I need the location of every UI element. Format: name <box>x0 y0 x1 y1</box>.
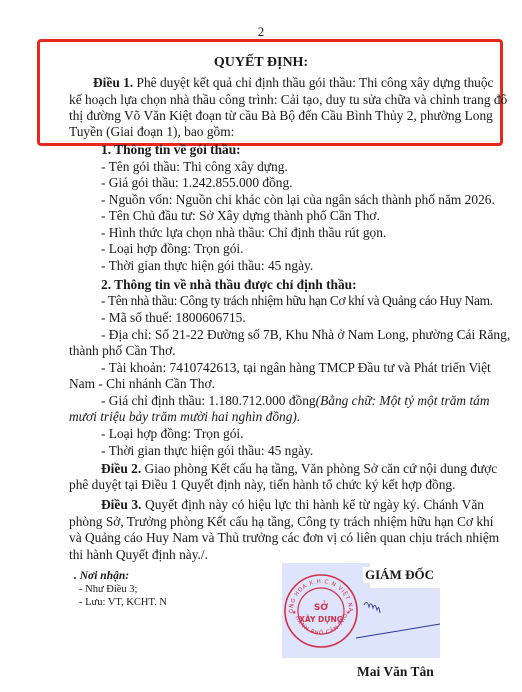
recipients-heading: . Nơi nhận: <box>74 570 167 583</box>
duration: - Thời gian thực hiện gói thầu: 45 ngày. <box>101 443 313 459</box>
address-line: - Địa chỉ: Số 21-22 Đường số 7B, Khu Nhà… <box>101 327 484 343</box>
section-1-item: - Loại hợp đồng: Trọn gói. <box>101 241 243 257</box>
section-1-item: - Tên gói thầu: Thi công xây dựng. <box>101 159 288 175</box>
article-3-line: Quyết định này có hiệu lực thi hành kể t… <box>141 497 484 512</box>
svg-text:XÂY DỰNG: XÂY DỰNG <box>299 615 343 624</box>
address-line: thành phố Cần Thơ. <box>69 343 176 359</box>
bank-account-line: Nam - Chi nhánh Cần Thơ. <box>69 376 215 392</box>
article-2-line: Giao phòng Kết cấu hạ tầng, Văn phòng Sở… <box>141 461 497 476</box>
tax-code: - Mã số thuế: 1800606715. <box>101 310 246 326</box>
article-3-line: thi hành Quyết định này./. <box>69 547 208 563</box>
section-1-item: - Nguồn vốn: Nguồn chi khác còn lại của … <box>101 192 495 208</box>
signer-position: GIÁM ĐỐC <box>363 567 436 583</box>
decision-title: QUYẾT ĐỊNH: <box>0 55 522 71</box>
article-1-line: Tuyền (Giai đoạn 1), bao gồm: <box>69 124 234 140</box>
contract-price: - Giá chỉ định thầu: 1.180.712.000 đồng <box>101 393 316 409</box>
article-2-line: phê duyệt tại Điều 1 Quyết định này, tiế… <box>69 477 455 493</box>
signer-name: Mai Văn Tân <box>357 664 434 680</box>
recipient-item: - Lưu: VT, KCHT. N <box>74 596 167 609</box>
contractor-name: - Tên nhà thầu: Công ty trách nhiệm hữu … <box>101 293 493 309</box>
price-words-continued: mươi triệu bảy trăm mười hai nghìn đồng)… <box>69 409 300 424</box>
section-1-item: - Tên Chủ đầu tư: Sở Xây dựng thành phố … <box>101 208 380 224</box>
recipient-item: - Như Điều 3; <box>74 583 167 596</box>
section-1-heading: 1. Thông tin về gói thầu: <box>101 142 241 158</box>
article-3-line: phòng Sở, Trưởng phòng Kết cấu hạ tầng, … <box>69 514 484 530</box>
contract-price-in-words: (Bằng chữ: Một tỷ một trăm tám <box>316 393 490 409</box>
contract-type: - Loại hợp đồng: Trọn gói. <box>101 426 243 442</box>
section-1-item: - Giá gói thầu: 1.242.855.000 đồng. <box>101 175 293 191</box>
contract-price-in-words: mươi triệu bảy trăm mười hai nghìn đồng)… <box>69 409 300 425</box>
section-1-item: - Hình thức lựa chọn nhà thầu: Chỉ định … <box>101 225 386 241</box>
article-1-line: kế hoạch lựa chọn nhà thầu công trình: C… <box>69 92 484 108</box>
section-1-item: - Thời gian thực hiện gói thầu: 45 ngày. <box>101 258 313 274</box>
svg-text:★: ★ <box>292 610 297 616</box>
svg-text:★: ★ <box>346 610 351 616</box>
article-2-label: Điều 2. <box>101 461 141 476</box>
svg-text:SỞ: SỞ <box>314 600 328 613</box>
article-3-label: Điều 3. <box>101 497 141 512</box>
page-number: 2 <box>0 24 522 40</box>
official-stamp-icon: CỘNG HÒA X.H.C.N VIỆT NAM THÀNH PHỐ CẦN … <box>283 573 359 649</box>
section-2-heading: 2. Thông tin về nhà thầu được chỉ định t… <box>101 277 357 293</box>
article-1-line: Phê duyệt kết quả chỉ định thầu gói thầu… <box>133 75 493 90</box>
article-1-label: Điều 1. <box>93 75 133 90</box>
recipients-block: . Nơi nhận: - Như Điều 3; - Lưu: VT, KCH… <box>74 570 167 609</box>
article-1-line: thị đường Võ Văn Kiệt đoạn từ cầu Bà Bộ … <box>69 108 484 124</box>
bank-account-line: - Tài khoản: 7410742613, tại ngân hàng T… <box>101 360 484 376</box>
article-3-line: và Quảng cáo Huy Nam và Thủ trưởng các đ… <box>69 530 484 546</box>
contract-price-line: - Giá chỉ định thầu: 1.180.712.000 đồng … <box>101 393 484 409</box>
